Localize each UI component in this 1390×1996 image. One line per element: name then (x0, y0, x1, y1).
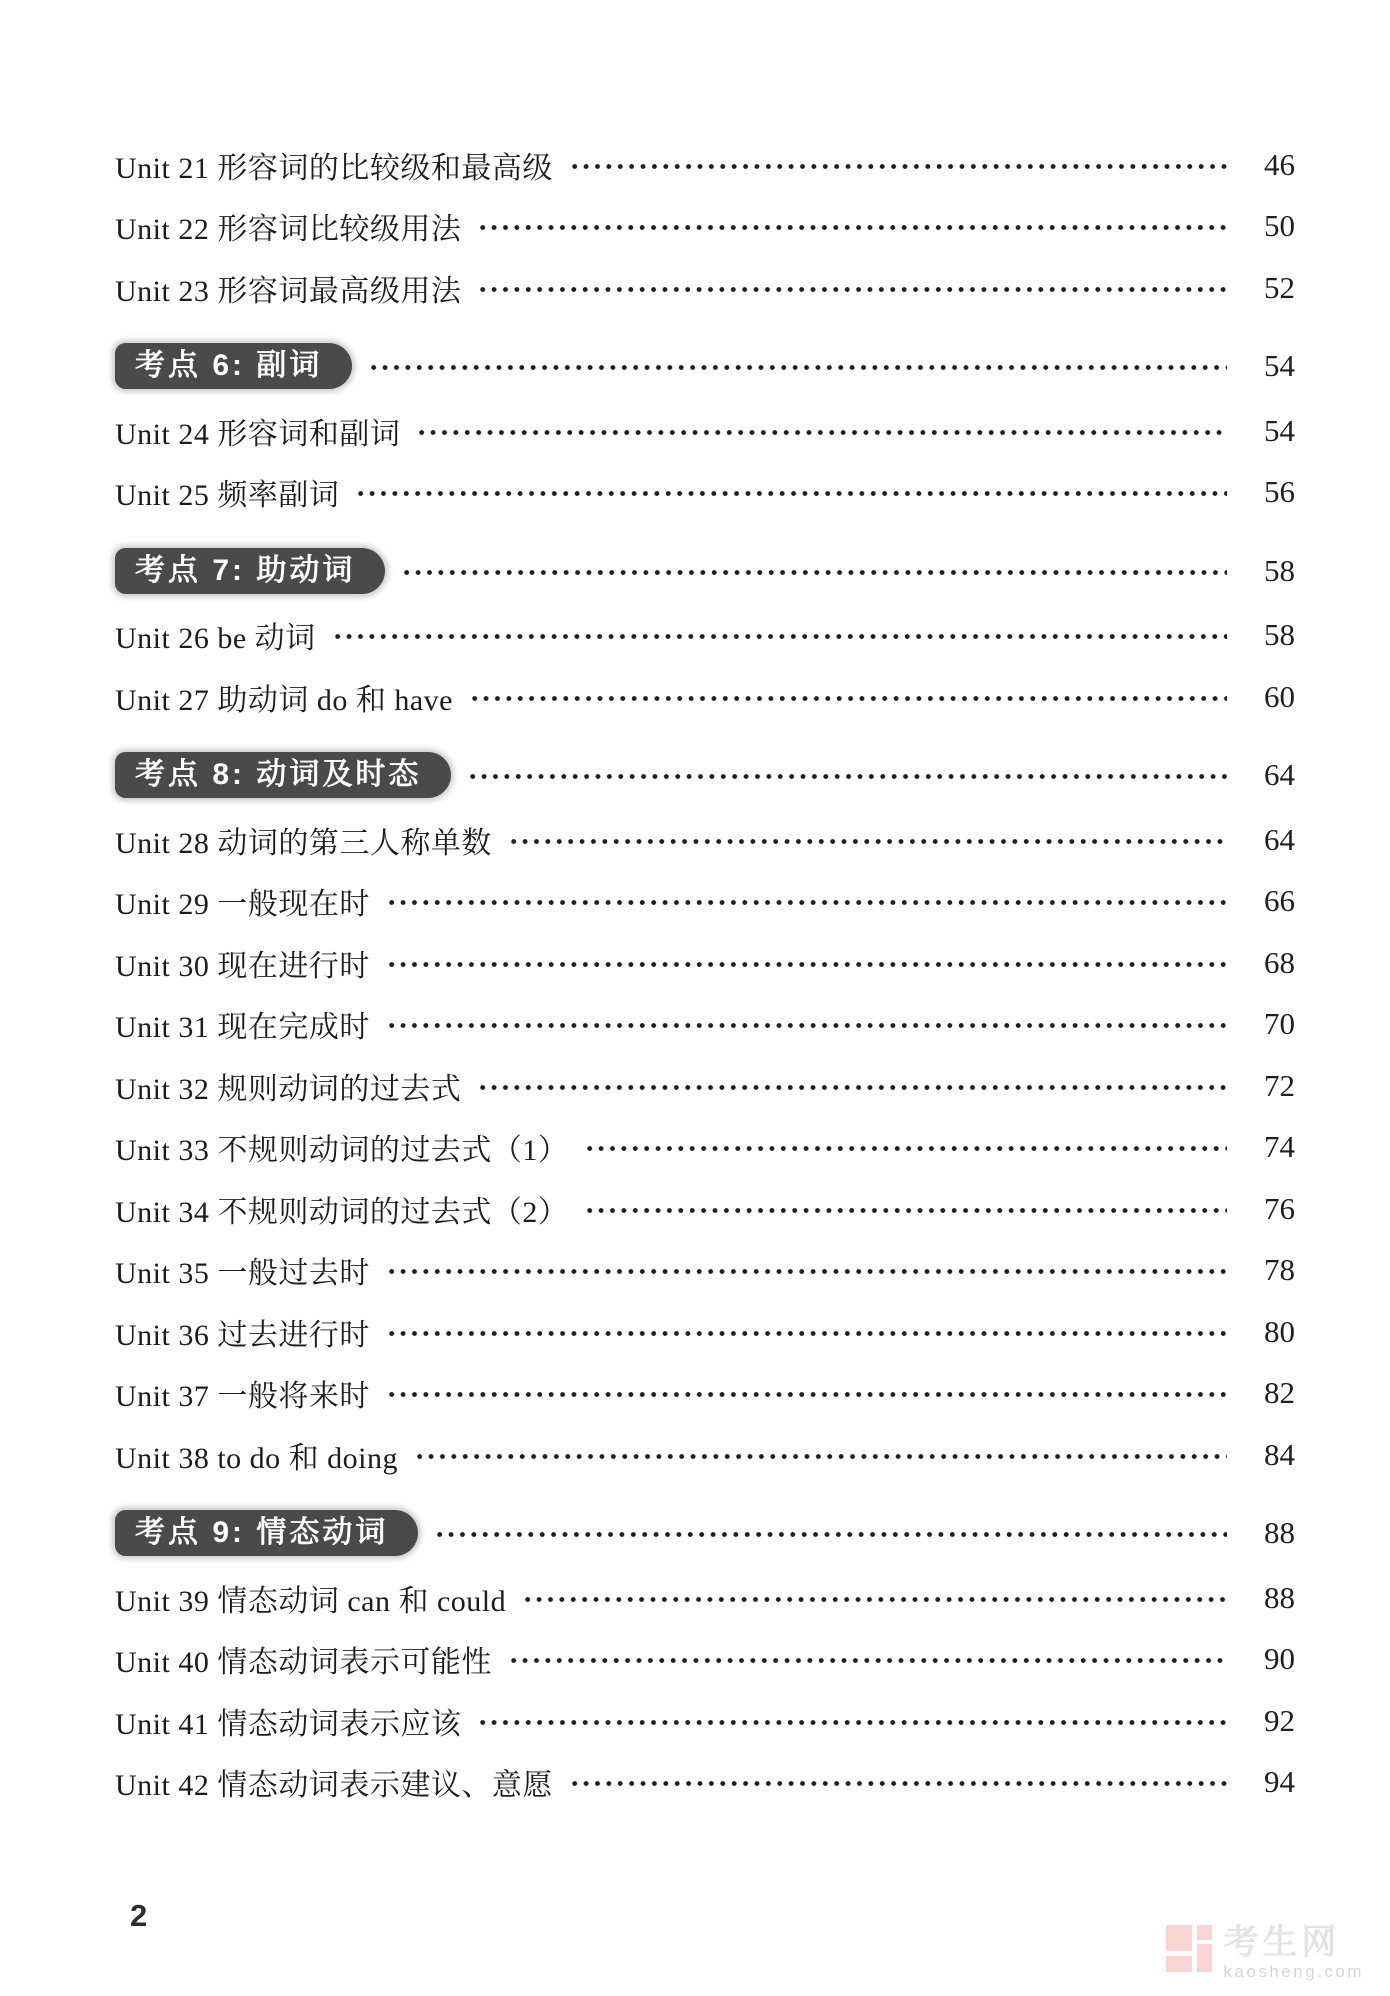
unit-entry-label: Unit 31 现在完成时 (115, 1002, 370, 1046)
kaosheng-logo-icon (1166, 1925, 1213, 1972)
toc-unit-row: Unit 27 助动词 do 和 have60 (115, 666, 1295, 728)
toc-unit-row: Unit 29 一般现在时66 (115, 871, 1295, 933)
unit-entry-label: Unit 37 一般将来时 (115, 1371, 370, 1415)
toc-unit-row: Unit 41 情态动词表示应该92 (115, 1690, 1295, 1752)
logo-block (1166, 1925, 1192, 1951)
leader-dots (386, 1329, 1227, 1338)
toc-page-number: 64 (1239, 822, 1295, 858)
unit-entry-label: Unit 27 助动词 do 和 have (115, 675, 453, 719)
leader-dots (386, 1021, 1227, 1030)
unit-entry-label: Unit 38 to do 和 doing (115, 1433, 398, 1477)
leader-dots (401, 568, 1227, 577)
toc-section-row: 考点 8: 动词及时态64 (115, 745, 1295, 807)
toc-page-number: 94 (1239, 1764, 1295, 1800)
toc-section-row: 考点 6: 副词54 (115, 336, 1295, 398)
toc-unit-row: Unit 35 一般过去时78 (115, 1240, 1295, 1302)
toc-unit-row: Unit 34 不规则动词的过去式（2）76 (115, 1178, 1295, 1240)
leader-dots (467, 772, 1227, 781)
leader-dots (416, 428, 1227, 437)
toc-page-number: 52 (1239, 270, 1295, 306)
leader-dots (569, 162, 1227, 171)
logo-block (1166, 1956, 1192, 1972)
toc-page-number: 72 (1239, 1068, 1295, 1104)
toc-unit-row: Unit 28 动词的第三人称单数64 (115, 809, 1295, 871)
leader-dots (584, 1144, 1227, 1153)
leader-dots (508, 1656, 1227, 1665)
toc-unit-row: Unit 23 形容词最高级用法52 (115, 257, 1295, 319)
leader-dots (477, 285, 1227, 294)
toc-unit-row: Unit 32 规则动词的过去式72 (115, 1055, 1295, 1117)
toc-page-number: 68 (1239, 945, 1295, 981)
toc-unit-row: Unit 33 不规则动词的过去式（1）74 (115, 1117, 1295, 1179)
leader-dots (368, 363, 1227, 372)
section-badge: 考点 9: 情态动词 (115, 1510, 418, 1556)
leader-dots (386, 1390, 1227, 1399)
leader-dots (477, 223, 1227, 232)
toc-unit-row: Unit 39 情态动词 can 和 could88 (115, 1567, 1295, 1629)
toc-page-number: 60 (1239, 679, 1295, 715)
watermark-text: 考生网 kaosheng.com (1223, 1925, 1364, 1980)
toc-page-number: 54 (1239, 413, 1295, 449)
page: { "page": { "footer_page_number": "2" },… (0, 0, 1390, 1996)
toc-page-number: 74 (1239, 1129, 1295, 1165)
watermark-site-domain: kaosheng.com (1223, 1963, 1364, 1980)
unit-entry-label: Unit 41 情态动词表示应该 (115, 1699, 461, 1743)
toc-page-number: 88 (1239, 1515, 1295, 1551)
toc-unit-row: Unit 24 形容词和副词54 (115, 400, 1295, 462)
unit-entry-label: Unit 34 不规则动词的过去式（2） (115, 1187, 568, 1231)
footer-page-number: 2 (130, 1898, 147, 1934)
toc-page-number: 66 (1239, 883, 1295, 919)
unit-entry-label: Unit 23 形容词最高级用法 (115, 266, 461, 310)
toc-section-row: 考点 7: 助动词58 (115, 540, 1295, 602)
toc-unit-row: Unit 36 过去进行时80 (115, 1301, 1295, 1363)
leader-dots (469, 694, 1227, 703)
leader-dots (386, 960, 1227, 969)
toc-page-number: 80 (1239, 1314, 1295, 1350)
toc-unit-row: Unit 21 形容词的比较级和最高级46 (115, 134, 1295, 196)
toc-unit-row: Unit 22 形容词比较级用法50 (115, 196, 1295, 258)
toc-page-number: 58 (1239, 617, 1295, 653)
leader-dots (508, 837, 1227, 846)
section-badge: 考点 7: 助动词 (115, 548, 385, 594)
toc-unit-row: Unit 38 to do 和 doing84 (115, 1424, 1295, 1486)
leader-dots (355, 489, 1227, 498)
section-badge: 考点 8: 动词及时态 (115, 752, 451, 798)
toc-page-number: 58 (1239, 553, 1295, 589)
unit-entry-label: Unit 29 一般现在时 (115, 879, 370, 923)
table-of-contents: Unit 21 形容词的比较级和最高级46Unit 22 形容词比较级用法50U… (115, 134, 1295, 1813)
toc-page-number: 82 (1239, 1375, 1295, 1411)
unit-entry-label: Unit 32 规则动词的过去式 (115, 1064, 461, 1108)
leader-dots (434, 1530, 1227, 1539)
unit-entry-label: Unit 42 情态动词表示建议、意愿 (115, 1760, 553, 1804)
toc-unit-row: Unit 26 be 动词58 (115, 605, 1295, 667)
watermark: 考生网 kaosheng.com (1166, 1925, 1364, 1980)
unit-entry-label: Unit 36 过去进行时 (115, 1310, 370, 1354)
unit-entry-label: Unit 24 形容词和副词 (115, 409, 400, 453)
unit-entry-label: Unit 26 be 动词 (115, 613, 316, 657)
unit-entry-label: Unit 30 现在进行时 (115, 941, 370, 985)
toc-page-number: 76 (1239, 1191, 1295, 1227)
toc-page-number: 70 (1239, 1006, 1295, 1042)
leader-dots (522, 1595, 1227, 1604)
toc-page-number: 56 (1239, 474, 1295, 510)
logo-block (1197, 1925, 1212, 1940)
leader-dots (569, 1779, 1227, 1788)
unit-entry-label: Unit 39 情态动词 can 和 could (115, 1576, 506, 1620)
toc-page-number: 54 (1239, 348, 1295, 384)
leader-dots (477, 1083, 1227, 1092)
toc-page-number: 46 (1239, 147, 1295, 183)
toc-page-number: 64 (1239, 757, 1295, 793)
leader-dots (414, 1452, 1227, 1461)
unit-entry-label: Unit 21 形容词的比较级和最高级 (115, 143, 553, 187)
toc-page-number: 78 (1239, 1252, 1295, 1288)
unit-entry-label: Unit 35 一般过去时 (115, 1248, 370, 1292)
unit-entry-label: Unit 40 情态动词表示可能性 (115, 1637, 492, 1681)
toc-page-number: 90 (1239, 1641, 1295, 1677)
toc-unit-row: Unit 40 情态动词表示可能性90 (115, 1629, 1295, 1691)
leader-dots (584, 1206, 1227, 1215)
leader-dots (332, 632, 1227, 641)
toc-page-number: 50 (1239, 208, 1295, 244)
toc-unit-row: Unit 42 情态动词表示建议、意愿94 (115, 1752, 1295, 1814)
toc-unit-row: Unit 25 频率副词56 (115, 462, 1295, 524)
section-badge: 考点 6: 副词 (115, 343, 352, 389)
toc-page-number: 92 (1239, 1703, 1295, 1739)
toc-unit-row: Unit 31 现在完成时70 (115, 994, 1295, 1056)
toc-page-number: 88 (1239, 1580, 1295, 1616)
toc-unit-row: Unit 30 现在进行时68 (115, 932, 1295, 994)
toc-unit-row: Unit 37 一般将来时82 (115, 1363, 1295, 1425)
leader-dots (386, 1267, 1227, 1276)
leader-dots (477, 1718, 1227, 1727)
unit-entry-label: Unit 22 形容词比较级用法 (115, 204, 461, 248)
unit-entry-label: Unit 33 不规则动词的过去式（1） (115, 1125, 568, 1169)
toc-page-number: 84 (1239, 1437, 1295, 1473)
unit-entry-label: Unit 28 动词的第三人称单数 (115, 818, 492, 862)
unit-entry-label: Unit 25 频率副词 (115, 470, 339, 514)
toc-section-row: 考点 9: 情态动词88 (115, 1503, 1295, 1565)
watermark-site-name: 考生网 (1223, 1925, 1364, 1960)
logo-block (1197, 1944, 1212, 1972)
leader-dots (386, 898, 1227, 907)
